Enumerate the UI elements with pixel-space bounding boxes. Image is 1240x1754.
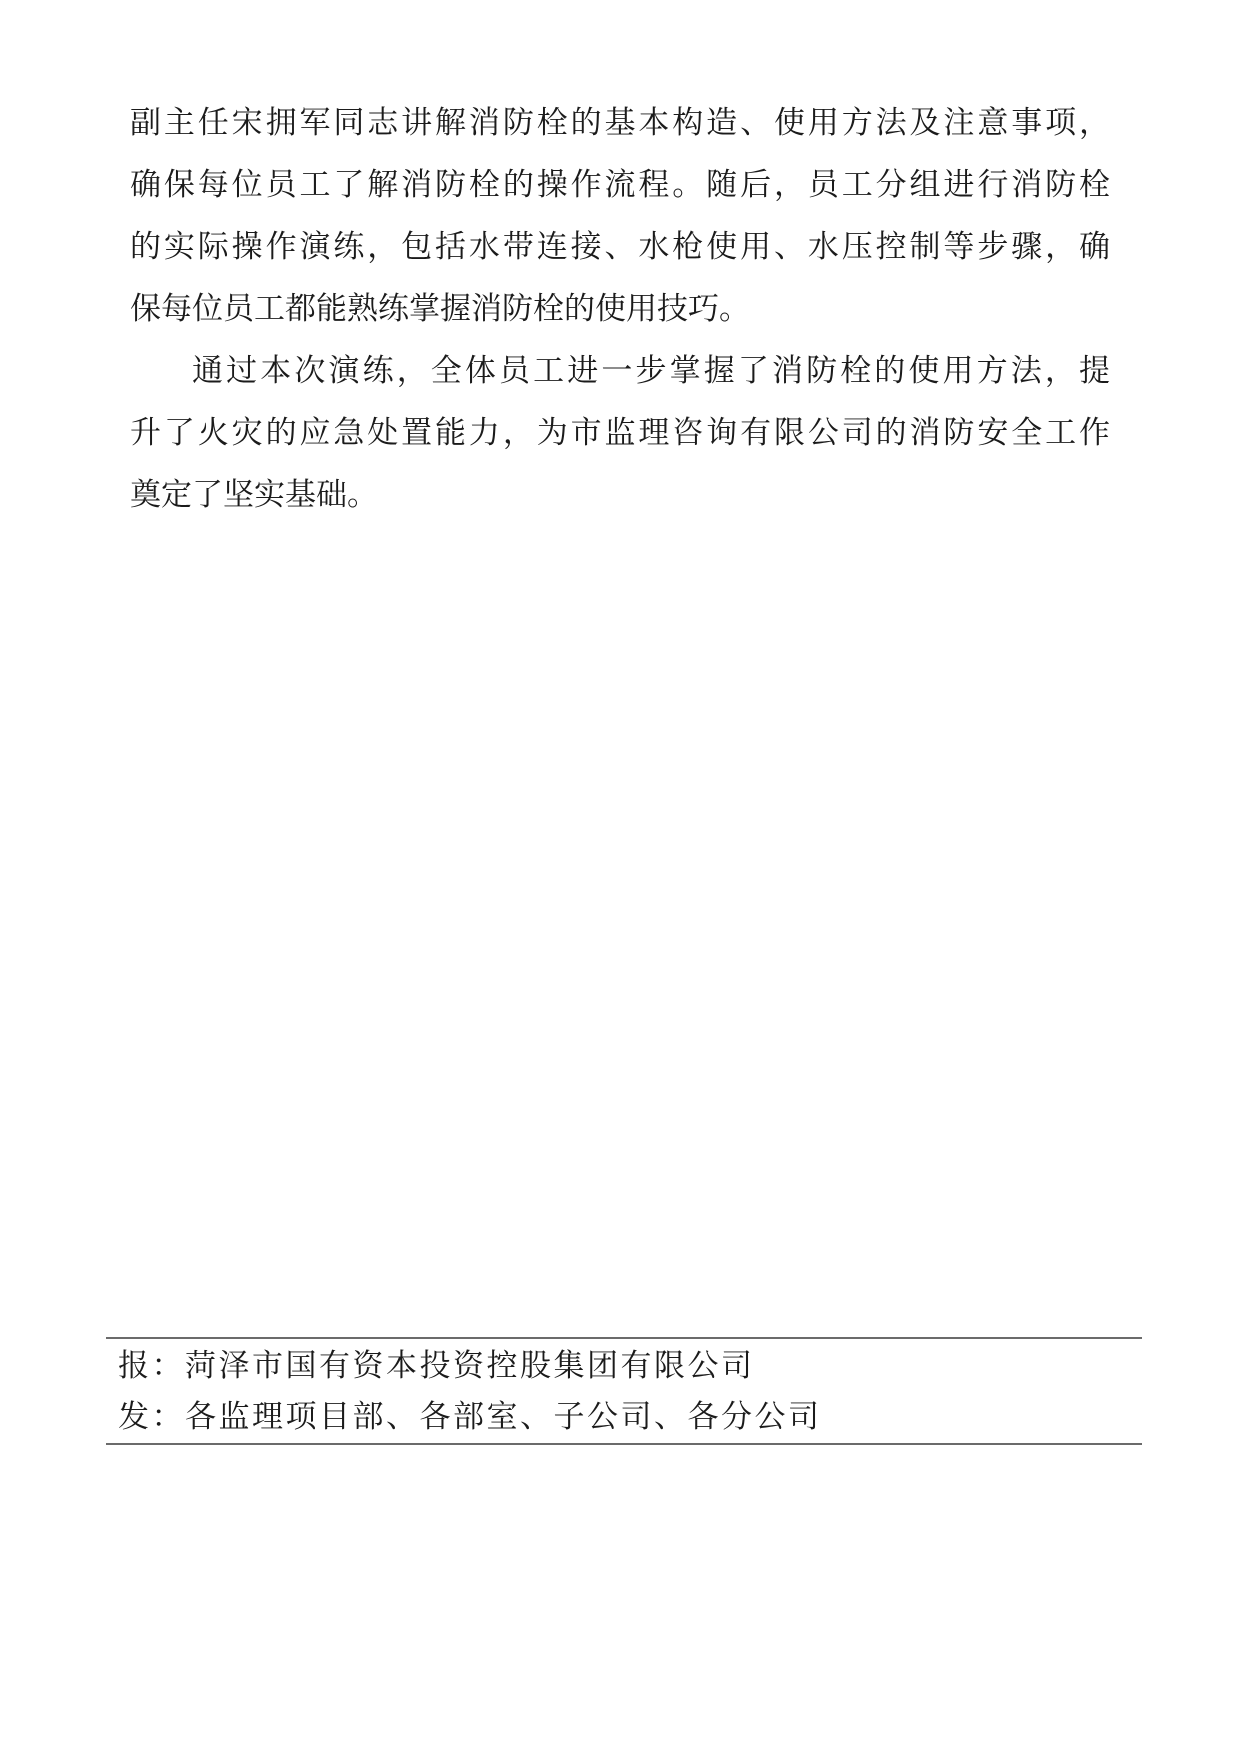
body-text-line: 奠定了坚实基础。 bbox=[130, 464, 1110, 526]
footer-report-line: 报：菏泽市国有资本投资控股集团有限公司 bbox=[106, 1340, 1142, 1391]
body-text-line: 保每位员工都能熟练掌握消防栓的使用技巧。 bbox=[130, 278, 1110, 340]
paragraph: 副主任宋拥军同志讲解消防栓的基本构造、使用方法及注意事项， 确保每位员工了解消防… bbox=[130, 92, 1110, 340]
body-text-line: 的实际操作演练，包括水带连接、水枪使用、水压控制等步骤，确 bbox=[130, 216, 1110, 278]
document-page: 副主任宋拥军同志讲解消防栓的基本构造、使用方法及注意事项， 确保每位员工了解消防… bbox=[0, 0, 1240, 1754]
body-text-line: 副主任宋拥军同志讲解消防栓的基本构造、使用方法及注意事项， bbox=[130, 92, 1110, 154]
distribution-block: 报：菏泽市国有资本投资控股集团有限公司 发：各监理项目部、各部室、子公司、各分公… bbox=[106, 1337, 1142, 1445]
body-text-line: 通过本次演练，全体员工进一步掌握了消防栓的使用方法，提 bbox=[130, 340, 1110, 402]
body-text-line: 升了火灾的应急处置能力，为市监理咨询有限公司的消防安全工作 bbox=[130, 402, 1110, 464]
footer-distribution-line: 发：各监理项目部、各部室、子公司、各分公司 bbox=[106, 1391, 1142, 1442]
paragraph: 通过本次演练，全体员工进一步掌握了消防栓的使用方法，提 升了火灾的应急处置能力，… bbox=[130, 340, 1110, 526]
document-body: 副主任宋拥军同志讲解消防栓的基本构造、使用方法及注意事项， 确保每位员工了解消防… bbox=[130, 92, 1110, 526]
body-text-line: 确保每位员工了解消防栓的操作流程。随后，员工分组进行消防栓 bbox=[130, 154, 1110, 216]
